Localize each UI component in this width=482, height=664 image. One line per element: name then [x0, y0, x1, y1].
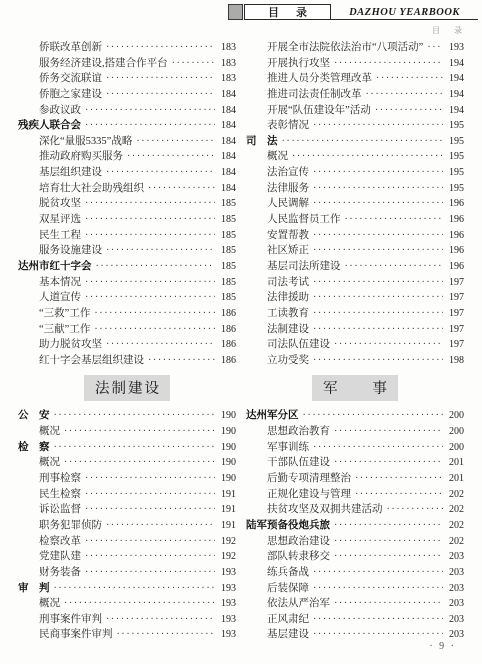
toc-entry-page: 192	[219, 534, 236, 550]
dot-leader	[313, 353, 443, 369]
toc-entry-title: 法制建设	[267, 322, 309, 338]
toc-entry: 立功受奖198	[246, 353, 464, 369]
toc-entry: 司法队伍建设197	[246, 337, 464, 353]
dot-leader	[366, 87, 444, 103]
dot-leader	[136, 134, 215, 150]
dot-leader	[106, 337, 215, 353]
toc-entry-page: 190	[219, 440, 236, 456]
toc-entry: 脱贫攻坚185	[18, 196, 236, 212]
toc-entry-title: 检 察	[18, 440, 50, 456]
toc-entry: 军事训练200	[246, 440, 464, 456]
toc-entry-page: 184	[219, 181, 236, 197]
toc-entry-title: 侨胞之家建设	[39, 87, 102, 103]
dot-leader	[106, 165, 215, 181]
toc-entry-page: 197	[447, 322, 464, 338]
toc-entry-title: 审 判	[18, 581, 50, 597]
dot-leader	[54, 581, 216, 597]
toc-entry: 培育壮大社会助残组织184	[18, 181, 236, 197]
toc-entry-title: 参政议政	[39, 103, 81, 119]
toc-entry-title: 基层组织建设	[39, 165, 102, 181]
toc-entry: 法律援助197	[246, 290, 464, 306]
dot-leader	[106, 71, 215, 87]
toc-tab-label: 目 录	[268, 4, 314, 20]
toc-entry: 开展执行攻坚194	[246, 56, 464, 72]
toc-entry-page: 194	[447, 71, 464, 87]
brand-title: DAZHOU YEARBOOK	[349, 7, 460, 18]
toc-entry-page: 203	[447, 549, 464, 565]
toc-entry: 人道宣传185	[18, 290, 236, 306]
toc-entry-page: 184	[219, 134, 236, 150]
dot-leader	[85, 118, 215, 134]
toc-entry: 审 判193	[18, 581, 236, 597]
dot-leader	[64, 455, 215, 471]
toc-entry-title: “三救”工作	[39, 306, 90, 322]
toc-entry-title: 职务犯罪侦防	[39, 518, 102, 534]
toc-entry: 基本情况185	[18, 275, 236, 291]
toc-entry-title: 司法队伍建设	[267, 337, 330, 353]
toc-entry: 干部队伍建设201	[246, 455, 464, 471]
toc-entry-title: 司 法	[246, 134, 278, 150]
toc-entry: 工读教育197	[246, 306, 464, 322]
toc-entry-title: 法律服务	[267, 181, 309, 197]
dot-leader	[313, 565, 443, 581]
toc-entry-page: 184	[219, 87, 236, 103]
dot-leader	[334, 455, 443, 471]
toc-entry-page: 202	[447, 518, 464, 534]
toc-entry-title: 安置帮教	[267, 228, 309, 244]
toc-entry: 侨胞之家建设184	[18, 87, 236, 103]
toc-entry-title: 人民监督员工作	[267, 212, 341, 228]
dot-leader	[313, 306, 443, 322]
toc-column-left: 侨联改革创新183服务经济建设,搭建合作平台183侨务交流联谊183侨胞之家建设…	[18, 40, 236, 643]
toc-entry: 表彰情况195	[246, 118, 464, 134]
dot-leader	[313, 275, 443, 291]
toc-entry-page: 202	[447, 502, 464, 518]
toc-entry-page: 203	[447, 565, 464, 581]
toc-entry-page: 185	[219, 212, 236, 228]
corner-marker-square	[228, 4, 243, 20]
toc-entry-page: 191	[219, 518, 236, 534]
dot-leader	[85, 487, 215, 503]
toc-entry-title: 检察改革	[39, 534, 81, 550]
dot-leader	[172, 56, 215, 72]
page-header: 目 录 DAZHOU YEARBOOK 目 录	[228, 4, 478, 36]
toc-entry-page: 200	[447, 440, 464, 456]
dot-leader	[85, 565, 215, 581]
toc-entry-title: 概况	[39, 424, 60, 440]
toc-column-right: 开展全市法院依法治市“八项活动”193开展执行攻坚194推进人员分类管理改革19…	[246, 40, 464, 643]
toc-entry-page: 193	[219, 565, 236, 581]
toc-entry-title: 基层司法所建设	[267, 259, 341, 275]
toc-entry-title: “三献”工作	[39, 322, 90, 338]
toc-entry-title: 概况	[39, 455, 60, 471]
toc-entry-title: 诉讼监督	[39, 502, 81, 518]
dot-leader	[106, 612, 215, 628]
toc-entry-title: 达州市红十字会	[18, 259, 92, 275]
toc-entry: 法制建设197	[246, 322, 464, 338]
toc-entry-title: 开展“队伍建设年”活动	[267, 103, 371, 119]
dot-leader	[313, 627, 443, 643]
toc-entry: 安置帮教196	[246, 228, 464, 244]
toc-entry-page: 190	[219, 424, 236, 440]
section-title: 法制建设	[84, 375, 170, 401]
dot-leader	[85, 549, 215, 565]
toc-entry-page: 195	[447, 181, 464, 197]
toc-entry-title: 民生检察	[39, 487, 81, 503]
dot-leader	[313, 322, 443, 338]
toc-entry: 红十字会基层组织建设186	[18, 353, 236, 369]
toc-entry-title: 后装保障	[267, 581, 309, 597]
dot-leader	[334, 424, 443, 440]
toc-entry-title: 侨联改革创新	[39, 40, 102, 56]
toc-columns: 侨联改革创新183服务经济建设,搭建合作平台183侨务交流联谊183侨胞之家建设…	[18, 40, 464, 643]
dot-leader	[313, 165, 443, 181]
toc-entry-page: 195	[447, 118, 464, 134]
toc-entry: “三救”工作186	[18, 306, 236, 322]
toc-entry-page: 192	[219, 549, 236, 565]
toc-entry: 推进司法责任制改革194	[246, 87, 464, 103]
dot-leader	[387, 502, 444, 518]
toc-entry: 陆军预备役炮兵旅202	[246, 518, 464, 534]
toc-entry-page: 197	[447, 275, 464, 291]
dot-leader	[345, 259, 444, 275]
toc-entry-page: 196	[447, 196, 464, 212]
toc-entry-page: 185	[219, 290, 236, 306]
toc-entry-title: 双星评选	[39, 212, 81, 228]
toc-entry-title: 司法考试	[267, 275, 309, 291]
running-head: 目 录	[228, 25, 478, 36]
toc-entry-page: 195	[447, 134, 464, 150]
toc-entry-page: 195	[447, 149, 464, 165]
toc-entry-page: 186	[219, 337, 236, 353]
toc-entry-title: 练兵备战	[267, 565, 309, 581]
section-title: 军 事	[312, 375, 398, 401]
page-number: · 9 ·	[429, 641, 456, 652]
toc-entry: 助力脱贫攻坚186	[18, 337, 236, 353]
dot-leader	[376, 71, 443, 87]
toc-entry-page: 184	[219, 149, 236, 165]
toc-entry: 概况190	[18, 455, 236, 471]
toc-entry: 后勤专项清理整治201	[246, 471, 464, 487]
dot-leader	[94, 306, 215, 322]
toc-entry-page: 193	[447, 40, 464, 56]
toc-entry-title: 法律援助	[267, 290, 309, 306]
dot-leader	[313, 181, 443, 197]
toc-entry: 党建队建192	[18, 549, 236, 565]
toc-entry-title: 扶贫攻坚及双拥共建活动	[267, 502, 383, 518]
toc-entry-title: 后勤专项清理整治	[267, 471, 351, 487]
toc-entry-title: 民商事案件审判	[39, 627, 113, 643]
toc-entry-page: 203	[447, 581, 464, 597]
dot-leader	[334, 56, 443, 72]
toc-entry: 残疾人联合会184	[18, 118, 236, 134]
section-divider: 军 事	[246, 368, 464, 408]
toc-entry-page: 184	[219, 165, 236, 181]
toc-entry: 部队转隶移交203	[246, 549, 464, 565]
dot-leader	[313, 243, 443, 259]
toc-entry-title: 残疾人联合会	[18, 118, 81, 134]
brand-area: DAZHOU YEARBOOK	[331, 4, 478, 20]
toc-entry-title: 推进司法责任制改革	[267, 87, 362, 103]
toc-entry-title: 法治宣传	[267, 165, 309, 181]
dot-leader	[64, 424, 215, 440]
dot-leader	[334, 549, 443, 565]
toc-entry-page: 191	[219, 487, 236, 503]
dot-leader	[292, 149, 443, 165]
header-bar: 目 录 DAZHOU YEARBOOK	[228, 4, 478, 20]
toc-entry-title: 推进人员分类管理改革	[267, 71, 372, 87]
toc-entry: 检察改革192	[18, 534, 236, 550]
toc-entry-page: 201	[447, 455, 464, 471]
dot-leader	[313, 228, 443, 244]
toc-entry-page: 203	[447, 596, 464, 612]
toc-entry-page: 203	[447, 612, 464, 628]
toc-entry-page: 196	[447, 243, 464, 259]
toc-entry-title: 依法从严治军	[267, 596, 330, 612]
toc-entry-title: 刑事检察	[39, 471, 81, 487]
toc-entry: 人民调解196	[246, 196, 464, 212]
toc-entry-page: 185	[219, 228, 236, 244]
toc-entry-title: 基本情况	[39, 275, 81, 291]
toc-entry: 侨联改革创新183	[18, 40, 236, 56]
toc-entry-title: 基层建设	[267, 627, 309, 643]
dot-leader	[303, 408, 444, 424]
toc-entry: 后装保障203	[246, 581, 464, 597]
dot-leader	[313, 440, 443, 456]
dot-leader	[148, 353, 215, 369]
toc-entry-title: 公 安	[18, 408, 50, 424]
dot-leader	[54, 440, 216, 456]
toc-entry: 基层司法所建设196	[246, 259, 464, 275]
toc-entry-title: 部队转隶移交	[267, 549, 330, 565]
toc-entry-page: 190	[219, 471, 236, 487]
toc-entry-page: 197	[447, 306, 464, 322]
dot-leader	[313, 118, 443, 134]
dot-leader	[85, 534, 215, 550]
toc-entry-page: 194	[447, 87, 464, 103]
toc-entry: 社区矫正196	[246, 243, 464, 259]
yearbook-toc-page: 目 录 DAZHOU YEARBOOK 目 录 侨联改革创新183服务经济建设,…	[0, 0, 482, 664]
dot-leader	[85, 275, 215, 291]
toc-entry-title: 人民调解	[267, 196, 309, 212]
dot-leader	[85, 196, 215, 212]
toc-entry-title: 表彰情况	[267, 118, 309, 134]
toc-entry-title: 概况	[267, 149, 288, 165]
dot-leader	[313, 196, 443, 212]
toc-entry-title: 刑事案件审判	[39, 612, 102, 628]
toc-entry-title: 红十字会基层组织建设	[39, 353, 144, 369]
dot-leader	[85, 471, 215, 487]
toc-entry-title: 财务装备	[39, 565, 81, 581]
toc-entry-page: 183	[219, 71, 236, 87]
dot-leader	[85, 502, 215, 518]
toc-entry-title: 脱贫攻坚	[39, 196, 81, 212]
toc-entry-page: 195	[447, 165, 464, 181]
toc-entry: 刑事案件审判193	[18, 612, 236, 628]
toc-entry: 思想政治建设202	[246, 534, 464, 550]
toc-entry: 开展全市法院依法治市“八项活动”193	[246, 40, 464, 56]
toc-entry-page: 186	[219, 322, 236, 338]
toc-entry-page: 196	[447, 212, 464, 228]
toc-entry: 民生检察191	[18, 487, 236, 503]
toc-entry-page: 194	[447, 56, 464, 72]
toc-entry-page: 194	[447, 103, 464, 119]
toc-entry-page: 193	[219, 596, 236, 612]
toc-entry: 概况195	[246, 149, 464, 165]
toc-entry-page: 200	[447, 408, 464, 424]
toc-entry: 参政议政184	[18, 103, 236, 119]
toc-entry-title: 开展全市法院依法治市“八项活动”	[267, 40, 423, 56]
toc-entry-title: 工读教育	[267, 306, 309, 322]
toc-entry-title: 正规化建设与管理	[267, 487, 351, 503]
toc-entry-page: 198	[447, 353, 464, 369]
toc-entry-title: 概况	[39, 596, 60, 612]
dot-leader	[106, 243, 215, 259]
toc-entry: 正规化建设与管理202	[246, 487, 464, 503]
toc-entry-page: 200	[447, 424, 464, 440]
toc-entry-title: 民生工程	[39, 228, 81, 244]
dot-leader	[427, 40, 443, 56]
toc-entry: 财务装备193	[18, 565, 236, 581]
toc-entry-title: 侨务交流联谊	[39, 71, 102, 87]
toc-entry: 诉讼监督191	[18, 502, 236, 518]
toc-entry: 达州军分区200	[246, 408, 464, 424]
toc-entry-title: 陆军预备役炮兵旅	[246, 518, 330, 534]
toc-entry: 达州市红十字会185	[18, 259, 236, 275]
toc-entry-title: 助力脱贫攻坚	[39, 337, 102, 353]
toc-entry-title: 思想政治教育	[267, 424, 330, 440]
toc-entry-page: 193	[219, 627, 236, 643]
toc-entry-page: 185	[219, 243, 236, 259]
dot-leader	[334, 518, 443, 534]
toc-entry-page: 196	[447, 259, 464, 275]
dot-leader	[375, 103, 443, 119]
toc-entry: 依法从严治军203	[246, 596, 464, 612]
toc-entry: 推动政府购买服务184	[18, 149, 236, 165]
dot-leader	[106, 87, 215, 103]
toc-entry-page: 193	[219, 612, 236, 628]
toc-entry: 正风肃纪203	[246, 612, 464, 628]
toc-entry: 检 察190	[18, 440, 236, 456]
toc-entry: 双星评选185	[18, 212, 236, 228]
toc-entry-page: 185	[219, 275, 236, 291]
toc-entry: 司 法195	[246, 134, 464, 150]
toc-entry: “三献”工作186	[18, 322, 236, 338]
toc-entry-page: 184	[219, 118, 236, 134]
toc-entry: 法治宣传195	[246, 165, 464, 181]
toc-entry: 基层组织建设184	[18, 165, 236, 181]
toc-entry-page: 202	[447, 487, 464, 503]
toc-tab-box: 目 录	[244, 4, 331, 20]
dot-leader	[355, 471, 443, 487]
toc-entry-page: 190	[219, 408, 236, 424]
toc-entry: 法律服务195	[246, 181, 464, 197]
toc-entry: 思想政治教育200	[246, 424, 464, 440]
toc-entry: 练兵备战203	[246, 565, 464, 581]
dot-leader	[313, 290, 443, 306]
toc-entry-title: 达州军分区	[246, 408, 299, 424]
toc-entry-title: 人道宣传	[39, 290, 81, 306]
dot-leader	[355, 487, 443, 503]
toc-entry: 民商事案件审判193	[18, 627, 236, 643]
toc-entry-page: 202	[447, 534, 464, 550]
dot-leader	[54, 408, 216, 424]
toc-entry-page: 196	[447, 228, 464, 244]
toc-entry-title: 推动政府购买服务	[39, 149, 123, 165]
toc-entry: 司法考试197	[246, 275, 464, 291]
toc-entry: 人民监督员工作196	[246, 212, 464, 228]
dot-leader	[96, 259, 216, 275]
toc-entry-title: 开展执行攻坚	[267, 56, 330, 72]
toc-entry: 民生工程185	[18, 228, 236, 244]
toc-entry: 扶贫攻坚及双拥共建活动202	[246, 502, 464, 518]
dot-leader	[85, 228, 215, 244]
toc-entry-title: 社区矫正	[267, 243, 309, 259]
dot-leader	[127, 149, 215, 165]
toc-entry-page: 185	[219, 259, 236, 275]
toc-entry: 侨务交流联谊183	[18, 71, 236, 87]
toc-entry-page: 201	[447, 471, 464, 487]
dot-leader	[334, 596, 443, 612]
dot-leader	[94, 322, 215, 338]
dot-leader	[282, 134, 444, 150]
toc-entry-title: 思想政治建设	[267, 534, 330, 550]
toc-entry-page: 186	[219, 306, 236, 322]
dot-leader	[148, 181, 215, 197]
toc-entry-page: 186	[219, 353, 236, 369]
toc-entry-page: 190	[219, 455, 236, 471]
toc-entry: 职务犯罪侦防191	[18, 518, 236, 534]
toc-entry-title: 服务设施建设	[39, 243, 102, 259]
toc-entry-title: 正风肃纪	[267, 612, 309, 628]
toc-entry-title: 培育壮大社会助残组织	[39, 181, 144, 197]
dot-leader	[334, 534, 443, 550]
toc-entry: 刑事检察190	[18, 471, 236, 487]
dot-leader	[334, 337, 443, 353]
toc-entry-title: 服务经济建设,搭建合作平台	[39, 56, 168, 72]
toc-entry: 概况193	[18, 596, 236, 612]
toc-entry-page: 183	[219, 56, 236, 72]
toc-entry: 深化“量服5335”战略184	[18, 134, 236, 150]
toc-entry-page: 183	[219, 40, 236, 56]
toc-entry: 服务设施建设185	[18, 243, 236, 259]
dot-leader	[85, 103, 215, 119]
toc-entry-title: 党建队建	[39, 549, 81, 565]
dot-leader	[345, 212, 444, 228]
toc-entry-page: 197	[447, 290, 464, 306]
toc-entry-title: 立功受奖	[267, 353, 309, 369]
toc-entry-title: 深化“量服5335”战略	[39, 134, 132, 150]
dot-leader	[85, 290, 215, 306]
toc-entry: 开展“队伍建设年”活动194	[246, 103, 464, 119]
dot-leader	[106, 518, 215, 534]
dot-leader	[64, 596, 215, 612]
section-divider: 法制建设	[18, 368, 236, 408]
dot-leader	[313, 612, 443, 628]
dot-leader	[106, 40, 215, 56]
toc-entry-page: 185	[219, 196, 236, 212]
toc-entry-title: 军事训练	[267, 440, 309, 456]
toc-entry-title: 干部队伍建设	[267, 455, 330, 471]
toc-entry: 服务经济建设,搭建合作平台183	[18, 56, 236, 72]
toc-entry-page: 184	[219, 103, 236, 119]
toc-entry-page: 191	[219, 502, 236, 518]
toc-entry: 推进人员分类管理改革194	[246, 71, 464, 87]
dot-leader	[313, 581, 443, 597]
toc-entry-page: 197	[447, 337, 464, 353]
toc-entry: 概况190	[18, 424, 236, 440]
toc-entry-page: 193	[219, 581, 236, 597]
